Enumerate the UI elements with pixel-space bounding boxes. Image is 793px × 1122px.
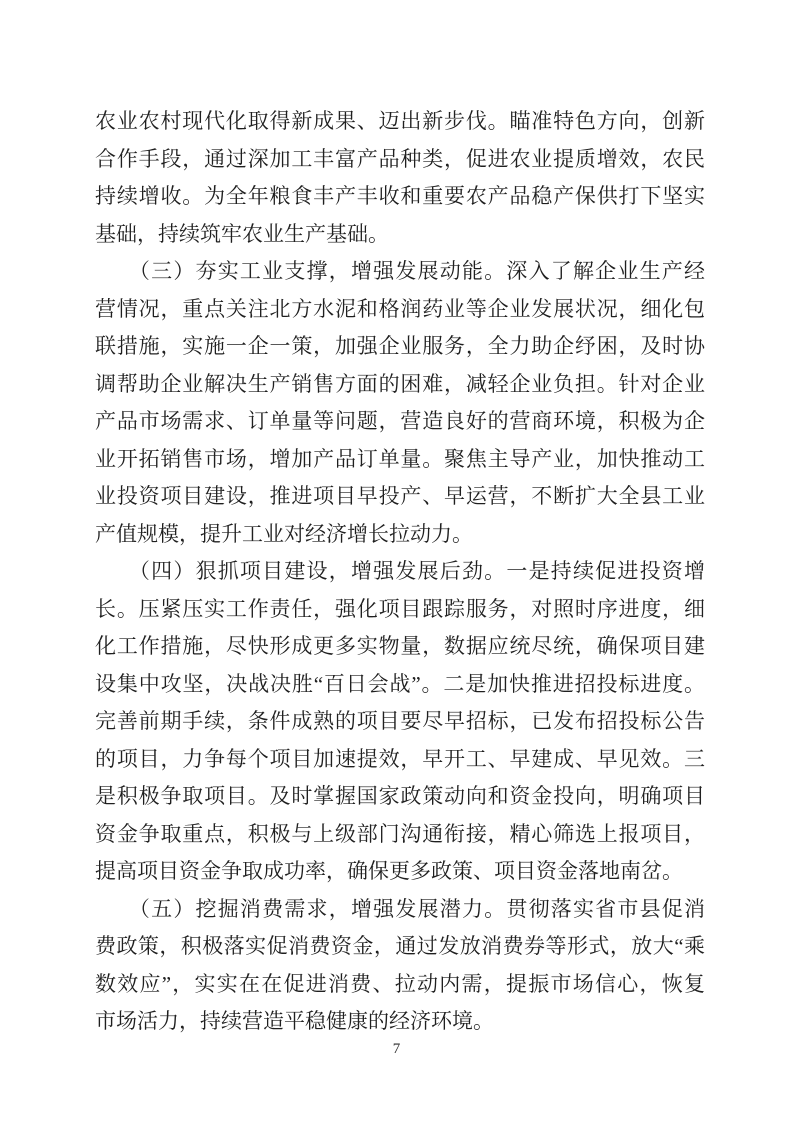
- text-body: 农业农村现代化取得新成果、迈出新步伐。瞄准特色方向，创新合作手段，通过深加工丰富…: [95, 103, 705, 1041]
- paragraph: （四）狠抓项目建设，增强发展后劲。一是持续促进投资增长。压紧压实工作责任，强化项…: [95, 553, 705, 891]
- text-line: 营情况，重点关注北方水泥和格润药业等企业发展状况，细化包: [95, 291, 705, 329]
- text-line: 产值规模，提升工业对经济增长拉动力。: [95, 516, 705, 554]
- text-line: 资金争取重点，积极与上级部门沟通衔接，精心筛选上报项目，: [95, 816, 705, 854]
- paragraph: （五）挖掘消费需求，增强发展潜力。贯彻落实省市县促消费政策，积极落实促消费资金，…: [95, 891, 705, 1041]
- text-line: 农业农村现代化取得新成果、迈出新步伐。瞄准特色方向，创新: [95, 103, 705, 141]
- text-line: 提高项目资金争取成功率，确保更多政策、项目资金落地南岔。: [95, 853, 705, 891]
- text-line: 是积极争取项目。及时掌握国家政策动向和资金投向，明确项目: [95, 778, 705, 816]
- text-line: （三）夯实工业支撑，增强发展动能。深入了解企业生产经: [95, 253, 705, 291]
- text-line: 联措施，实施一企一策，加强企业服务，全力助企纾困，及时协: [95, 328, 705, 366]
- text-line: 产品市场需求、订单量等问题，营造良好的营商环境，积极为企: [95, 403, 705, 441]
- text-line: 业投资项目建设，推进项目早投产、早运营，不断扩大全县工业: [95, 478, 705, 516]
- text-line: （四）狠抓项目建设，增强发展后劲。一是持续促进投资增: [95, 553, 705, 591]
- text-line: 业开拓销售市场，增加产品订单量。聚焦主导产业，加快推动工: [95, 441, 705, 479]
- text-line: 的项目，力争每个项目加速提效，早开工、早建成、早见效。三: [95, 741, 705, 779]
- text-line: 长。压紧压实工作责任，强化项目跟踪服务，对照时序进度，细: [95, 591, 705, 629]
- paragraph: 农业农村现代化取得新成果、迈出新步伐。瞄准特色方向，创新合作手段，通过深加工丰富…: [95, 103, 705, 253]
- text-line: 化工作措施，尽快形成更多实物量，数据应统尽统，确保项目建: [95, 628, 705, 666]
- text-line: 完善前期手续，条件成熟的项目要尽早招标，已发布招投标公告: [95, 703, 705, 741]
- page-number: 7: [393, 1041, 401, 1057]
- text-line: 调帮助企业解决生产销售方面的困难，减轻企业负担。针对企业: [95, 366, 705, 404]
- text-line: 数效应”，实实在在促进消费、拉动内需，提振市场信心，恢复: [95, 966, 705, 1004]
- text-line: 市场活力，持续营造平稳健康的经济环境。: [95, 1003, 705, 1041]
- text-line: 合作手段，通过深加工丰富产品种类，促进农业提质增效，农民: [95, 141, 705, 179]
- paragraph: （三）夯实工业支撑，增强发展动能。深入了解企业生产经营情况，重点关注北方水泥和格…: [95, 253, 705, 553]
- text-line: 设集中攻坚，决战决胜“百日会战”。二是加快推进招投标进度。: [95, 666, 705, 704]
- page-footer: 7: [0, 1038, 793, 1060]
- text-line: （五）挖掘消费需求，增强发展潜力。贯彻落实省市县促消: [95, 891, 705, 929]
- text-line: 持续增收。为全年粮食丰产丰收和重要农产品稳产保供打下坚实: [95, 178, 705, 216]
- document-page: 农业农村现代化取得新成果、迈出新步伐。瞄准特色方向，创新合作手段，通过深加工丰富…: [0, 0, 793, 1122]
- text-line: 费政策，积极落实促消费资金，通过发放消费券等形式，放大“乘: [95, 928, 705, 966]
- text-line: 基础，持续筑牢农业生产基础。: [95, 216, 705, 254]
